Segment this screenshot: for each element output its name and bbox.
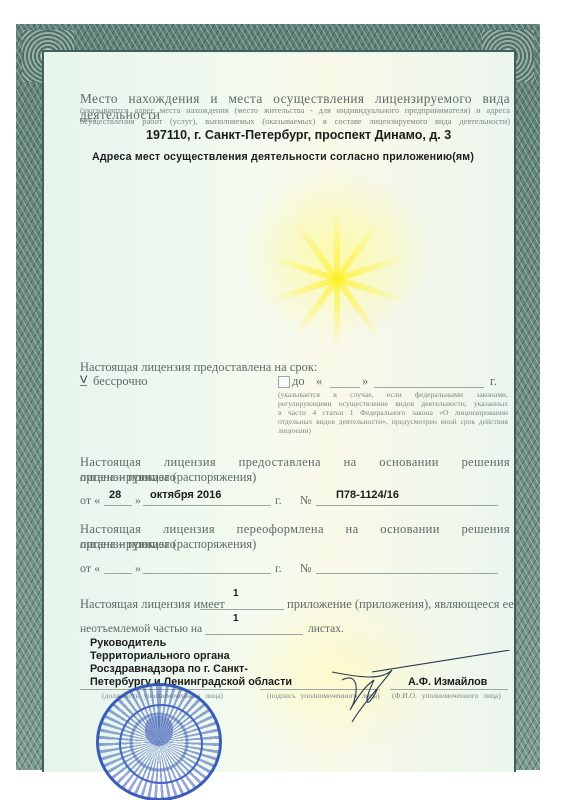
appendix-line2-prefix: неотъемлемой частью на — [80, 623, 202, 635]
grant-number-label: № — [300, 493, 311, 508]
until-month-year-field[interactable] — [374, 387, 484, 388]
official-stamp — [96, 683, 222, 800]
until-quote-close: » — [362, 374, 368, 389]
grant-number-line — [316, 505, 498, 506]
reissue-month-year-field[interactable] — [143, 573, 271, 574]
reissue-heading-line2: органа – приказа (распоряжения) — [80, 537, 256, 552]
grant-day-line — [104, 505, 132, 506]
until-day-field[interactable] — [330, 387, 360, 388]
term-note-line1: (указывается в случае, если федеральными… — [278, 390, 508, 399]
appendix-count-line — [200, 609, 284, 610]
until-year-suffix: г. — [490, 374, 497, 389]
term-note-line4: отдельных видов деятельности», предусмот… — [278, 417, 508, 426]
handwritten-signature — [322, 650, 512, 725]
grant-number-value: П78-1124/16 — [336, 489, 399, 501]
reissue-year-suffix: г. — [275, 561, 282, 576]
reissue-number-field[interactable] — [316, 573, 498, 574]
grant-month-year-value: октября 2016 — [150, 489, 221, 501]
license-page-content: Место нахождения и места осуществления л… — [0, 0, 567, 800]
signatory-position-line2: Территориального органа — [90, 650, 230, 662]
term-note-line5: лицензии) — [278, 426, 311, 435]
signatory-position-line4: Петербургу и Ленинградской области — [90, 676, 292, 688]
sheet-count-line — [205, 634, 303, 635]
appendix-line2-suffix: листах. — [308, 623, 344, 635]
grant-from-label: от « — [80, 493, 100, 508]
grant-heading-line2: органа – приказа (распоряжения) — [80, 470, 256, 485]
addresses-note: Адреса мест осуществления деятельности с… — [92, 151, 474, 163]
term-note-line2: регулирующими осуществление видов деятел… — [278, 399, 508, 408]
indefinite-label: бессрочно — [93, 374, 148, 389]
appendix-count-value: 1 — [233, 588, 239, 599]
term-heading: Настоящая лицензия предоставлена на срок… — [80, 360, 317, 375]
signatory-position-line3: Росздравнадзора по г. Санкт- — [90, 663, 248, 675]
appendix-line1-suffix: приложение (приложения), являющееся ее — [287, 597, 514, 612]
reissue-day-field[interactable] — [104, 573, 132, 574]
grant-day-value: 28 — [109, 489, 121, 501]
reissue-from-label: от « — [80, 561, 100, 576]
until-quote-open: « — [316, 374, 322, 389]
signatory-position-line1: Руководитель — [90, 637, 166, 649]
grant-month-year-line — [143, 505, 271, 506]
grant-year-suffix: г. — [275, 493, 282, 508]
location-note-line2: осуществления работ (услуг), выполняемых… — [80, 117, 510, 126]
term-note-line3: в части 4 статьи 1 Федерального закона «… — [278, 408, 508, 417]
coat-of-arms-icon — [145, 716, 173, 746]
indefinite-checkbox[interactable]: V — [80, 375, 87, 386]
until-label: до — [292, 374, 305, 389]
grant-quote-close: » — [135, 493, 141, 508]
until-date-checkbox[interactable] — [278, 376, 290, 388]
sheet-count-value: 1 — [233, 613, 239, 624]
reissue-number-label: № — [300, 561, 311, 576]
license-address: 197110, г. Санкт-Петербург, проспект Дин… — [146, 128, 451, 142]
reissue-quote-close: » — [135, 561, 141, 576]
